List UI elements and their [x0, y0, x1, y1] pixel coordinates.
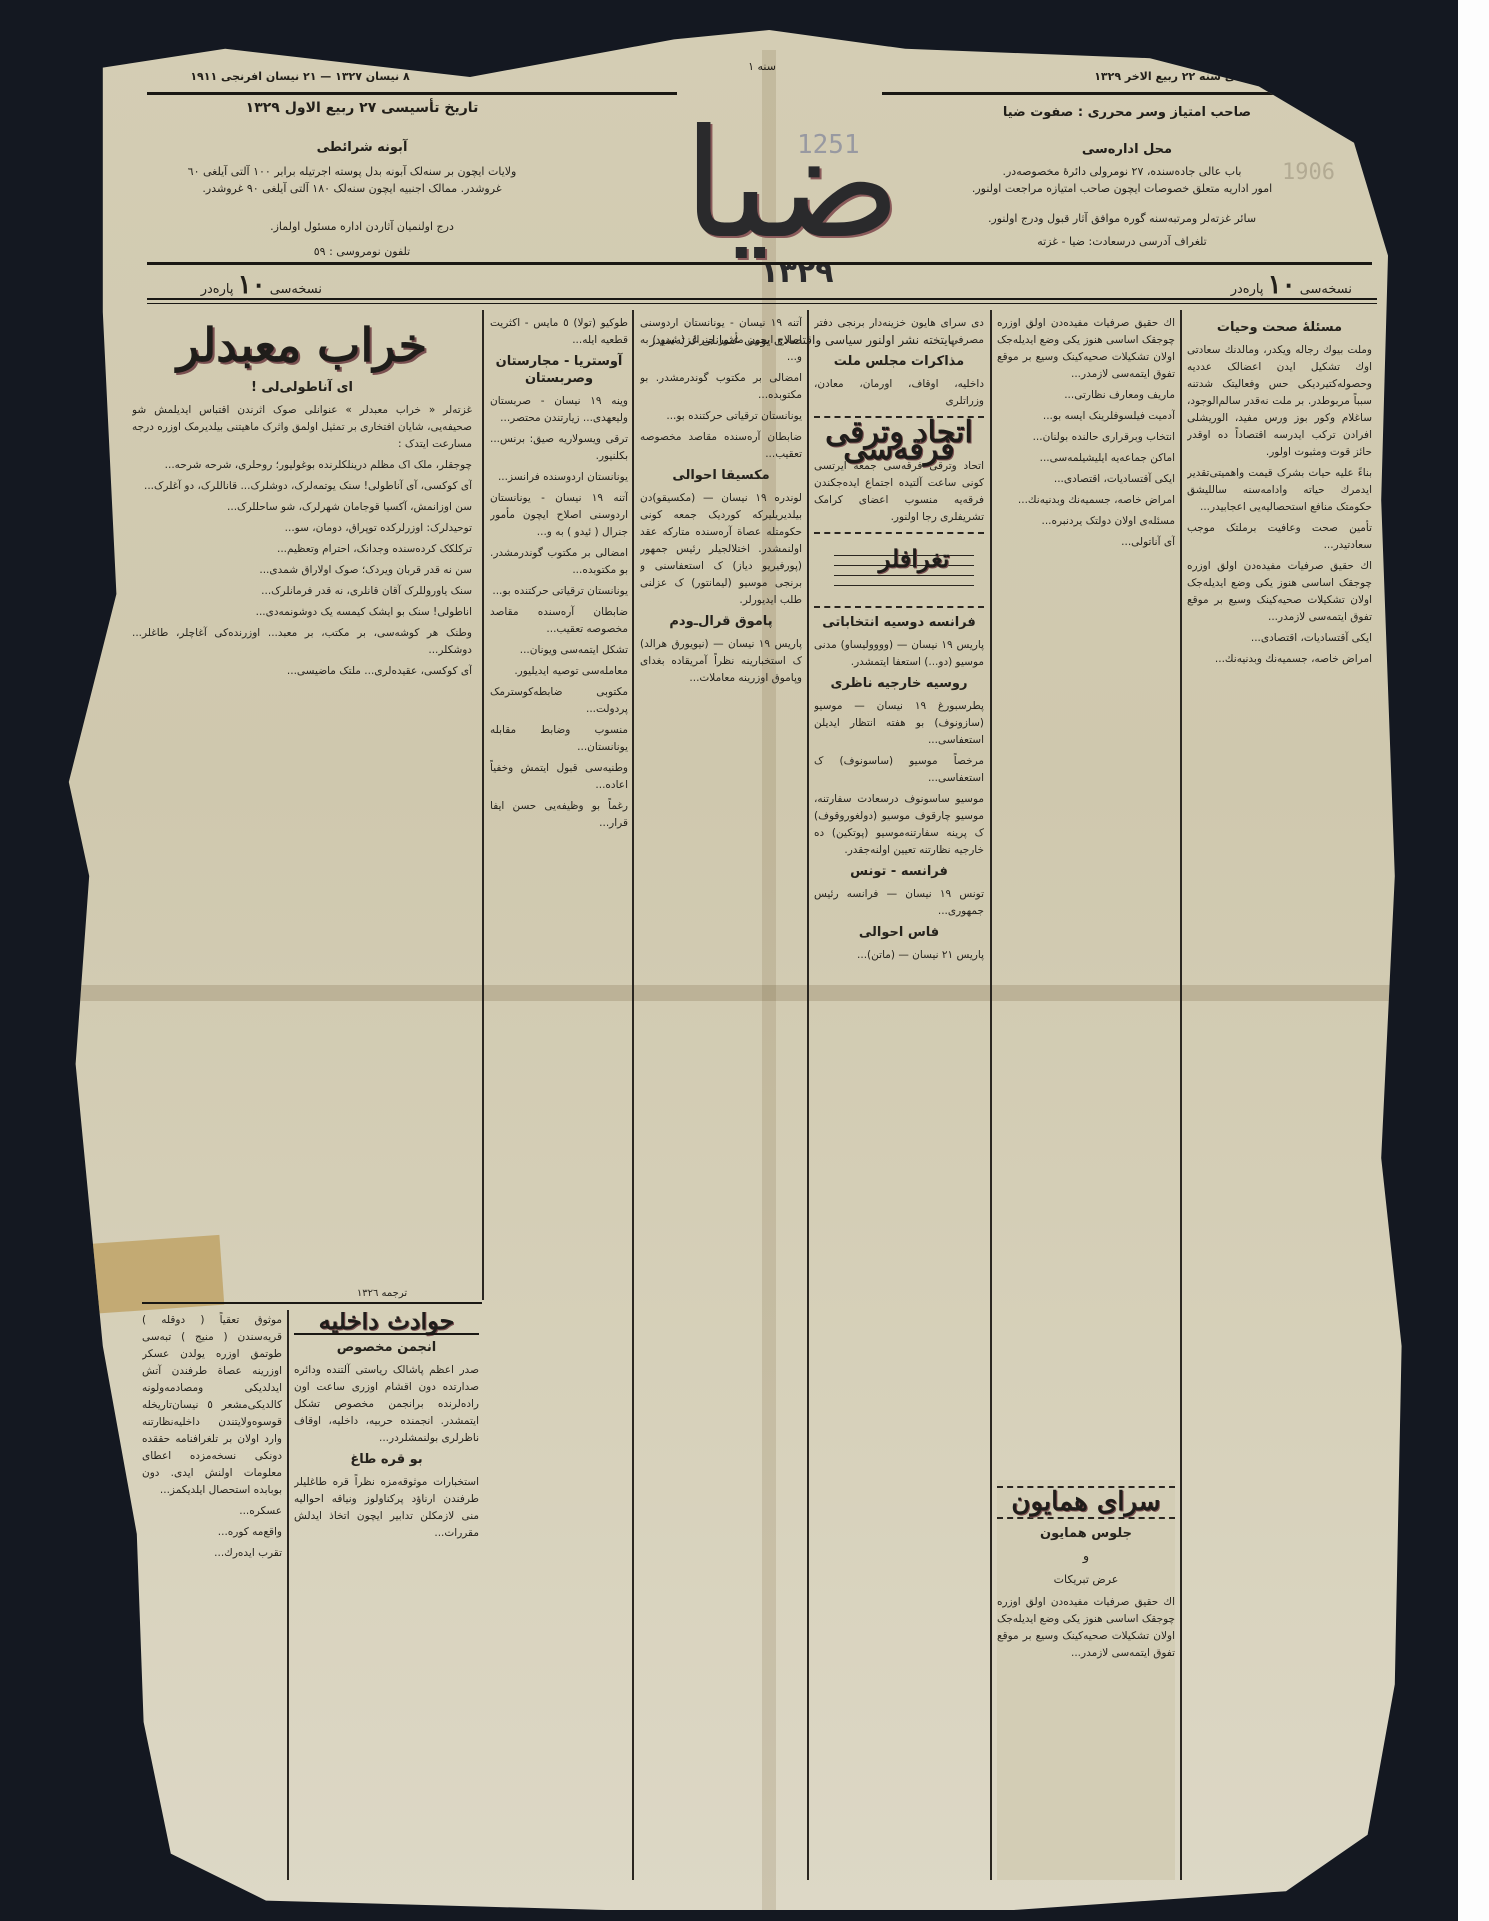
paragraph: ایکی آقتسادیات، اقتصادی...: [997, 471, 1175, 488]
paragraph: تونس ١٩ نیسان — فرانسه رئیس جمهوری...: [814, 886, 984, 920]
paragraph: دی سرای هایون خزینه‌دار برنجی دفتر مصرفی: [814, 315, 984, 349]
price-number: ١٠: [1268, 270, 1296, 300]
dashed-divider: [814, 532, 984, 534]
paragraph: منسوب وضابط مقابله یونانستان...: [490, 722, 628, 756]
paragraph: آدمیت فیلسوفلرینک ایسه بو...: [997, 408, 1175, 425]
subscription-terms-1: ولایات ایچون بر سنه‌لک آبونه بدل پوسته ا…: [162, 165, 542, 178]
archive-stamp: 1251: [797, 130, 860, 160]
paragraph: عسکره...: [142, 1503, 282, 1520]
paragraph: وملت بیوك رجاله ویکدر، ومالدنك سعادتی او…: [1187, 342, 1372, 461]
section-heading: مذاکرات مجلس ملت: [814, 353, 984, 370]
paragraph: انتخاب وبرقراری حالنده بولنان...: [997, 429, 1175, 446]
paragraph: آی کوکسی، عقیده‌لری... ملتک ماضیسی...: [132, 663, 472, 680]
paragraph: موسیو ساسونوف درسعادت سفارتنه، موسیو چار…: [814, 791, 984, 859]
owner-editor: صاحب امتیاز وسر محرری : صفوت ضیا: [962, 105, 1292, 120]
masthead-year: ١٣٢٩: [722, 255, 872, 290]
paragraph: مکتوبی ضابطه‌کوسترمک پردولت...: [490, 684, 628, 718]
price-number: ١٠: [238, 270, 266, 300]
bottom-left-column: موثوق تعقیاً ( دوقله ) قریه‌سندن ( منیج …: [142, 1312, 282, 1872]
heading-rule: [294, 1333, 479, 1335]
paragraph: تأمین صحت وعافیت برملتک موجب سعادتیدر...: [1187, 520, 1372, 554]
top-left-date: ٨ نیسان ١٣٢٧ — ٢١ نیسان افرنجی ١٩١١: [150, 70, 450, 83]
paragraph: اك حقیق صرفیات مفیده‌دن اولق اوزره چوجقک…: [997, 1594, 1175, 1662]
subscription-terms-2: غروشدر. ممالک اجنبیه ایچون سنه‌لک ١٨٠ آل…: [162, 182, 542, 195]
column-divider: [1180, 310, 1182, 1880]
section-heading: روسیه خارجیه ناظری: [814, 675, 984, 692]
lead-article-subtitle: ای آناطولی‌لی !: [132, 379, 472, 396]
telegraphs-title: تغرافلر: [844, 550, 984, 567]
paragraph: سن اوزانمش، آکسیا قوجامان شهرلرک، شو ساح…: [132, 499, 472, 516]
founding-date: تاریخ تأسیسی ٢٧ ربیع الاول ١٣٢٩: [192, 100, 532, 116]
lead-article: خراب معبدلر ای آناطولی‌لی ! غزته‌لر « خر…: [132, 315, 472, 1275]
paragraph: صدر اعظم پاشالک ریاستی آلتنده ودائره صدا…: [294, 1362, 479, 1447]
office-note: امور اداریه متعلق خصوصات ایچون صاحب امتی…: [942, 182, 1302, 195]
paragraph: وینه ١٩ نیسان - صربستان ولیعهدی... زیارت…: [490, 393, 628, 427]
congratulations-subtitle: عرض تبریکات: [997, 1571, 1175, 1588]
column-divider: [807, 310, 809, 1880]
section-heading: مکسیقا احوالی: [640, 467, 802, 484]
paragraph: اك حقیق صرفیات مفیده‌دن اولق اوزره چوجقک…: [1187, 558, 1372, 626]
column-divider: [632, 310, 634, 1880]
section-heading: آوستریا - مجارستان وصربستان: [490, 353, 628, 387]
paragraph: پطرسبورغ ١٩ نیسان — موسیو (سازونوف) بو ه…: [814, 698, 984, 749]
ittihad-party-title: اتحاد وترقی فرقه‌سی: [814, 424, 984, 458]
office-address: باب عالی جاده‌سنده، ٢٧ نومرولی دائرهٔ مخ…: [942, 165, 1302, 178]
health-title: مسئلهٔ صحت وحیات: [1187, 319, 1372, 336]
paragraph: تشکل ایتمه‌سی ویونان...: [490, 642, 628, 659]
paragraph: لوندره ١٩ نیسان — (مکسیقو)دن بیلدیریلیرک…: [640, 490, 802, 609]
palace-title: سرای همایون: [997, 1494, 1175, 1511]
internal-affairs-title: حوادث داخلیه: [294, 1312, 479, 1329]
paragraph: ترقی ویسولاریه صیق: برنس... بکلنیور.: [490, 431, 628, 465]
price-right: نسخه‌سی ١٠ پاره‌در: [1182, 270, 1352, 300]
price-unit: پاره‌در: [201, 282, 234, 297]
top-right-issue: نومرو ٣٦ رعمی سنه ۲۲ ربیع الاخر ١٣٢٩: [1062, 70, 1342, 83]
price-unit: پاره‌در: [1231, 282, 1264, 297]
paragraph: غزته‌لر « خراب معبدلر » عنوانلی صوک اثرن…: [132, 402, 472, 453]
paragraph: سنک یاوروللرک آقان قانلری، نه قدر فرمانل…: [132, 583, 472, 600]
paragraph: اماکن جماعه‌یه ایلیشیلمه‌سی...: [997, 450, 1175, 467]
paragraph: طوکیو (تولا) ٥ مایس - اکثریت قطعیه ایله.…: [490, 315, 628, 349]
paragraph: مسئله‌ی اولان دولتک یردنبره...: [997, 513, 1175, 530]
paragraph: پاریس ١٩ نیسان — (نیویورق هرالد) ک استخب…: [640, 636, 802, 687]
paragraph: امضالی بر مکتوب گوندرمشدر. بو مکتوبده...: [640, 370, 802, 404]
telegraph-heading-ornament: تغرافلر: [814, 540, 984, 600]
paragraph: آی کوکسی، آی آناطولی! سنک یوتمه‌لرک، دوش…: [132, 478, 472, 495]
section-heading: فرانسه دوسیه انتخاباتی: [814, 614, 984, 631]
paragraph: موثوق تعقیاً ( دوقله ) قریه‌سندن ( منیج …: [142, 1312, 282, 1499]
conjunction: و: [997, 1548, 1175, 1565]
paragraph: پاریس ٢١ نیسان — (ماتن)...: [814, 947, 984, 964]
paragraph: بناءً علیه حیات بشرک قیمت واهمیتی‌تقدیر …: [1187, 465, 1372, 516]
price-label: نسخه‌سی: [1300, 282, 1352, 297]
paragraph: پاریس ١٩ نیسان — (وووولیساو) مدنی موسیو …: [814, 637, 984, 671]
paragraph: مرخصاً موسیو (ساسونوف) ک استعفاسی...: [814, 753, 984, 787]
paragraph: توحیدلرک: اوزرلرکده توپراق، دومان، سو...: [132, 520, 472, 537]
price-label: نسخه‌سی: [270, 282, 322, 297]
paragraph: داخلیه، اوقاف، اورمان، معادن، وزراتلری: [814, 376, 984, 410]
column-divider: [482, 310, 484, 1300]
paragraph: اناطولی! سنک بو ایشک کیمسه یک دوشونمه‌دی…: [132, 604, 472, 621]
pencil-note: 1906: [1282, 160, 1335, 185]
paragraph: ضابطان آرەسنده مقاصد مخصوصه تعقیب...: [640, 429, 802, 463]
ads-note: سائر غزته‌لر ومرتبه‌سنه گوره موافق آثار …: [942, 212, 1302, 225]
paragraph: تقرب ایدەرك...: [142, 1545, 282, 1562]
paragraph: ایکی آقتسادیات، اقتصادی...: [1187, 630, 1372, 647]
paragraph: یونانستان اردوسنده فرانسز...: [490, 469, 628, 486]
paragraph: آتنه ١٩ نیسان - یونانستان اردوسنی اصلاح …: [490, 490, 628, 541]
column-divider: [287, 1310, 289, 1880]
ittihad-column: دی سرای هایون خزینه‌دار برنجی دفتر مصرفی…: [814, 315, 984, 1875]
telephone-number: تلفون نومروسی : ٥٩: [192, 245, 532, 258]
paragraph: استخبارات موثوقه‌مزه نظراً قره طاغلیلر ط…: [294, 1474, 479, 1542]
paragraph: اتحاد وترقی فرقه‌سی جمعه ایرتسی کونی ساع…: [814, 458, 984, 526]
price-rule-2: [147, 303, 1377, 304]
accession-subtitle: جلوس همایون: [997, 1525, 1175, 1542]
paragraph: امراض خاصه، جسمیه‌نك وبدنیه‌نك...: [1187, 651, 1372, 668]
price-rule-1: [147, 298, 1377, 300]
editorial-notice: درج اولنمیان آثاردن اداره مسئول اولماز.: [192, 220, 532, 233]
section-heading: فاس احوالی: [814, 924, 984, 941]
foreign-news-column: طوکیو (تولا) ٥ مایس - اکثریت قطعیه ایله.…: [490, 315, 628, 1875]
paragraph: وطنک هر کوشه‌سی، بر مکتب، بر معبد... اوز…: [132, 625, 472, 659]
health-column: مسئلهٔ صحت وحیات وملت بیوك رجاله ویکدر، …: [1187, 315, 1372, 1875]
section-heading: بو قره طاغ: [294, 1451, 479, 1468]
lower-section-rule: [142, 1302, 482, 1304]
section-heading: فرانسه - تونس: [814, 863, 984, 880]
paragraph: چوجقلر، ملک اک مظلم درینلکلرنده بوغولیور…: [132, 457, 472, 474]
top-rule-left: [147, 92, 677, 95]
subscription-title: آبونه شرائطی: [192, 140, 532, 155]
footer-label: ترجمه ١٣٢٦: [292, 1288, 472, 1299]
paragraph: یونانستان ترقیاتی حرکتنده بو...: [490, 583, 628, 600]
paragraph: وطنیه‌سی قبول ایتمش وخفیاً اعاده...: [490, 760, 628, 794]
image-border-strip: [1458, 0, 1489, 1921]
paragraph: ماریف ومعارف نظارتی...: [997, 387, 1175, 404]
tape-patch: [92, 1860, 182, 1900]
volume-label: سنه ١: [682, 60, 842, 73]
masthead-bottom-rule: [147, 262, 1372, 265]
office-title: محل اداره‌سی: [962, 142, 1292, 157]
paragraph: امضالی بر مکتوب گوندرمشدر. بو مکتوبده...: [490, 545, 628, 579]
lead-article-title: خراب معبدلر: [132, 315, 472, 375]
dashed-divider: [997, 1517, 1175, 1519]
telegraph-address: تلغراف آدرسی درسعادت: ضیا - غزته: [942, 235, 1302, 248]
paragraph: ترکلکک کرده‌سنده وجدانک، احترام وتعظیم..…: [132, 541, 472, 558]
paragraph: اك حقیق صرفیات مفیده‌دن اولق اوزره چوجقک…: [997, 315, 1175, 383]
paragraph: واقع‌مه کوره...: [142, 1524, 282, 1541]
dashed-divider: [814, 606, 984, 608]
paragraph: ضابطان آرەسنده مقاصد مخصوصه تعقیب...: [490, 604, 628, 638]
news-column-mexico: آتنه ١٩ نیسان - یونانستان اردوسنی اصلاح …: [640, 315, 802, 1875]
special-commission-subtitle: انجمن مخصوص: [294, 1339, 479, 1356]
paragraph: آتنه ١٩ نیسان - یونانستان اردوسنی اصلاح …: [640, 315, 802, 366]
internal-affairs-column: حوادث داخلیه انجمن مخصوص صدر اعظم پاشالک…: [294, 1312, 479, 1872]
paragraph: معامله‌سی توصیه ایدیلیور.: [490, 663, 628, 680]
paragraph: آی آناتولی...: [997, 534, 1175, 551]
paragraph: امراض خاصه، جسمیه‌نك وبدنیه‌نك...: [997, 492, 1175, 509]
palace-section: سرای همایون جلوس همایون و عرض تبریکات اك…: [997, 1480, 1175, 1880]
section-heading: پاموق قرال‌ـ‌ودم: [640, 613, 802, 630]
paragraph: سن نه قدر قربان ویردک؛ صوک اولاراق شمدی.…: [132, 562, 472, 579]
top-rule-right: [882, 92, 1352, 95]
paragraph: رغماً بو وظیفه‌یی حسن ایفا قرار...: [490, 798, 628, 832]
column-divider: [990, 310, 992, 1880]
newspaper-page: ٨ نیسان ١٣٢٧ — ٢١ نیسان افرنجی ١٩١١ نومر…: [62, 30, 1422, 1910]
price-left: نسخه‌سی ١٠ پاره‌در: [162, 270, 322, 300]
paragraph: یونانستان ترقیاتی حرکتنده بو...: [640, 408, 802, 425]
